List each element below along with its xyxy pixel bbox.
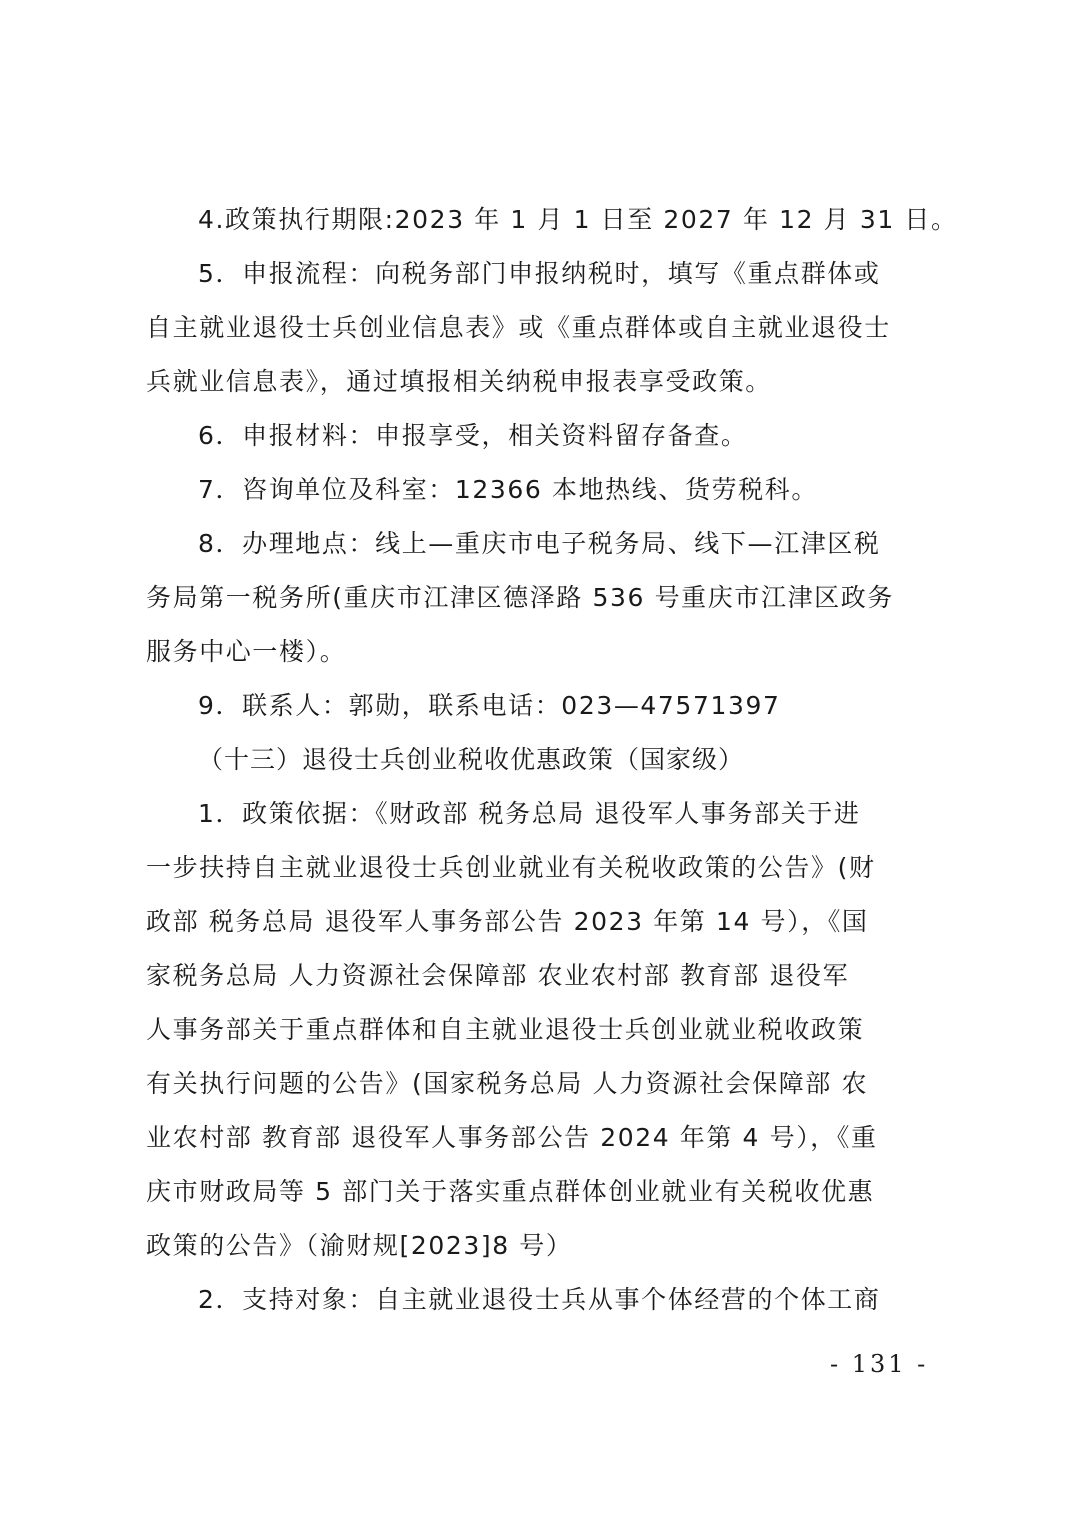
paragraph-line: 人事务部关于重点群体和自主就业退役士兵创业就业税收政策 [146, 1013, 946, 1047]
paragraph-line: 家税务总局 人力资源社会保障部 农业农村部 教育部 退役军 [146, 959, 946, 993]
paragraph-line: 兵就业信息表》，通过填报相关纳税申报表享受政策。 [146, 365, 946, 399]
paragraph-line: 服务中心一楼）。 [146, 635, 946, 669]
item-4-policy-period: 4.政策执行期限:2023 年 1 月 1 日至 2027 年 12 月 31 … [198, 203, 946, 237]
item-8-location: 8．办理地点：线上—重庆市电子税务局、线下—江津区税 [198, 527, 946, 561]
paragraph-line: 政策的公告》（渝财规[2023]8 号） [146, 1229, 946, 1263]
document-page: 4.政策执行期限:2023 年 1 月 1 日至 2027 年 12 月 31 … [0, 0, 1074, 1520]
section-heading-13: （十三）退役士兵创业税收优惠政策（国家级） [198, 743, 998, 777]
item-1-policy-basis: 1．政策依据：《财政部 税务总局 退役军人事务部关于进 [198, 797, 946, 831]
paragraph-line: 自主就业退役士兵创业信息表》或《重点群体或自主就业退役士 [146, 311, 946, 345]
paragraph-line: 有关执行问题的公告》(国家税务总局 人力资源社会保障部 农 [146, 1067, 946, 1101]
item-9-contact: 9．联系人：郭勋，联系电话：023—47571397 [198, 689, 946, 723]
paragraph-line: 一步扶持自主就业退役士兵创业就业有关税收政策的公告》(财 [146, 851, 946, 885]
item-5-declaration-process: 5．申报流程：向税务部门申报纳税时，填写《重点群体或 [198, 257, 946, 291]
paragraph-line: 庆市财政局等 5 部门关于落实重点群体创业就业有关税收优惠 [146, 1175, 946, 1209]
item-7-consulting: 7．咨询单位及科室：12366 本地热线、货劳税科。 [198, 473, 946, 507]
paragraph-line: 务局第一税务所(重庆市江津区德泽路 536 号重庆市江津区政务 [146, 581, 946, 615]
item-6-materials: 6．申报材料：申报享受，相关资料留存备查。 [198, 419, 946, 453]
page-number: - 131 - [830, 1350, 928, 1378]
item-2-support-target: 2．支持对象：自主就业退役士兵从事个体经营的个体工商 [198, 1283, 946, 1317]
paragraph-line: 政部 税务总局 退役军人事务部公告 2023 年第 14 号），《国 [146, 905, 946, 939]
paragraph-line: 业农村部 教育部 退役军人事务部公告 2024 年第 4 号），《重 [146, 1121, 946, 1155]
